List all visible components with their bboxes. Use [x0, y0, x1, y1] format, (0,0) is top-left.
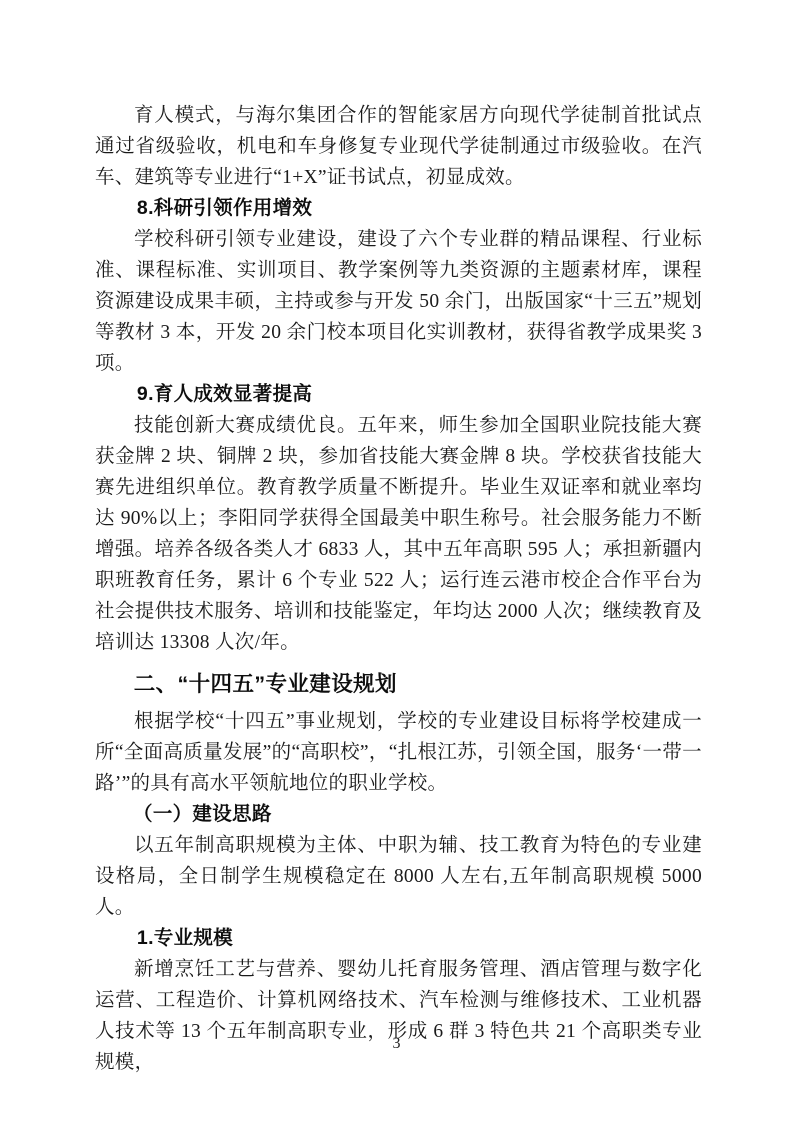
- heading-9-education-results: 9.育人成效显著提高: [95, 379, 702, 410]
- paragraph-training-model: 育人模式，与海尔集团合作的智能家居方向现代学徒制首批试点通过省级验收，机电和车身…: [95, 100, 702, 193]
- heading-8-research-leading: 8.科研引领作用增效: [95, 193, 702, 224]
- heading-1-professional-scale: 1.专业规模: [95, 923, 702, 954]
- paragraph-education-results: 技能创新大赛成绩优良。五年来，师生参加全国职业院技能大赛获金牌 2 块、铜牌 2…: [95, 410, 702, 658]
- heading-section-2-14th-five-year-plan: 二、“十四五”专业建设规划: [95, 667, 702, 701]
- paragraph-plan-goal: 根据学校“十四五”事业规划，学校的专业建设目标将学校建成一所“全面高质量发展”的…: [95, 706, 702, 799]
- paragraph-research-achievements: 学校科研引领专业建设，建设了六个专业群的精品课程、行业标准、课程标准、实训项目、…: [95, 224, 702, 379]
- heading-item-1-construction-approach: （一）建设思路: [95, 799, 702, 830]
- document-page: 育人模式，与海尔集团合作的智能家居方向现代学徒制首批试点通过省级验收，机电和车身…: [0, 0, 793, 1122]
- paragraph-construction-approach: 以五年制高职规模为主体、中职为辅、技工教育为特色的专业建设格局，全日制学生规模稳…: [95, 830, 702, 923]
- paragraph-professional-scale: 新增烹饪工艺与营养、婴幼儿托育服务管理、酒店管理与数字化运营、工程造价、计算机网…: [95, 954, 702, 1078]
- document-body: 育人模式，与海尔集团合作的智能家居方向现代学徒制首批试点通过省级验收，机电和车身…: [95, 100, 702, 1078]
- page-number: 3: [0, 1034, 793, 1054]
